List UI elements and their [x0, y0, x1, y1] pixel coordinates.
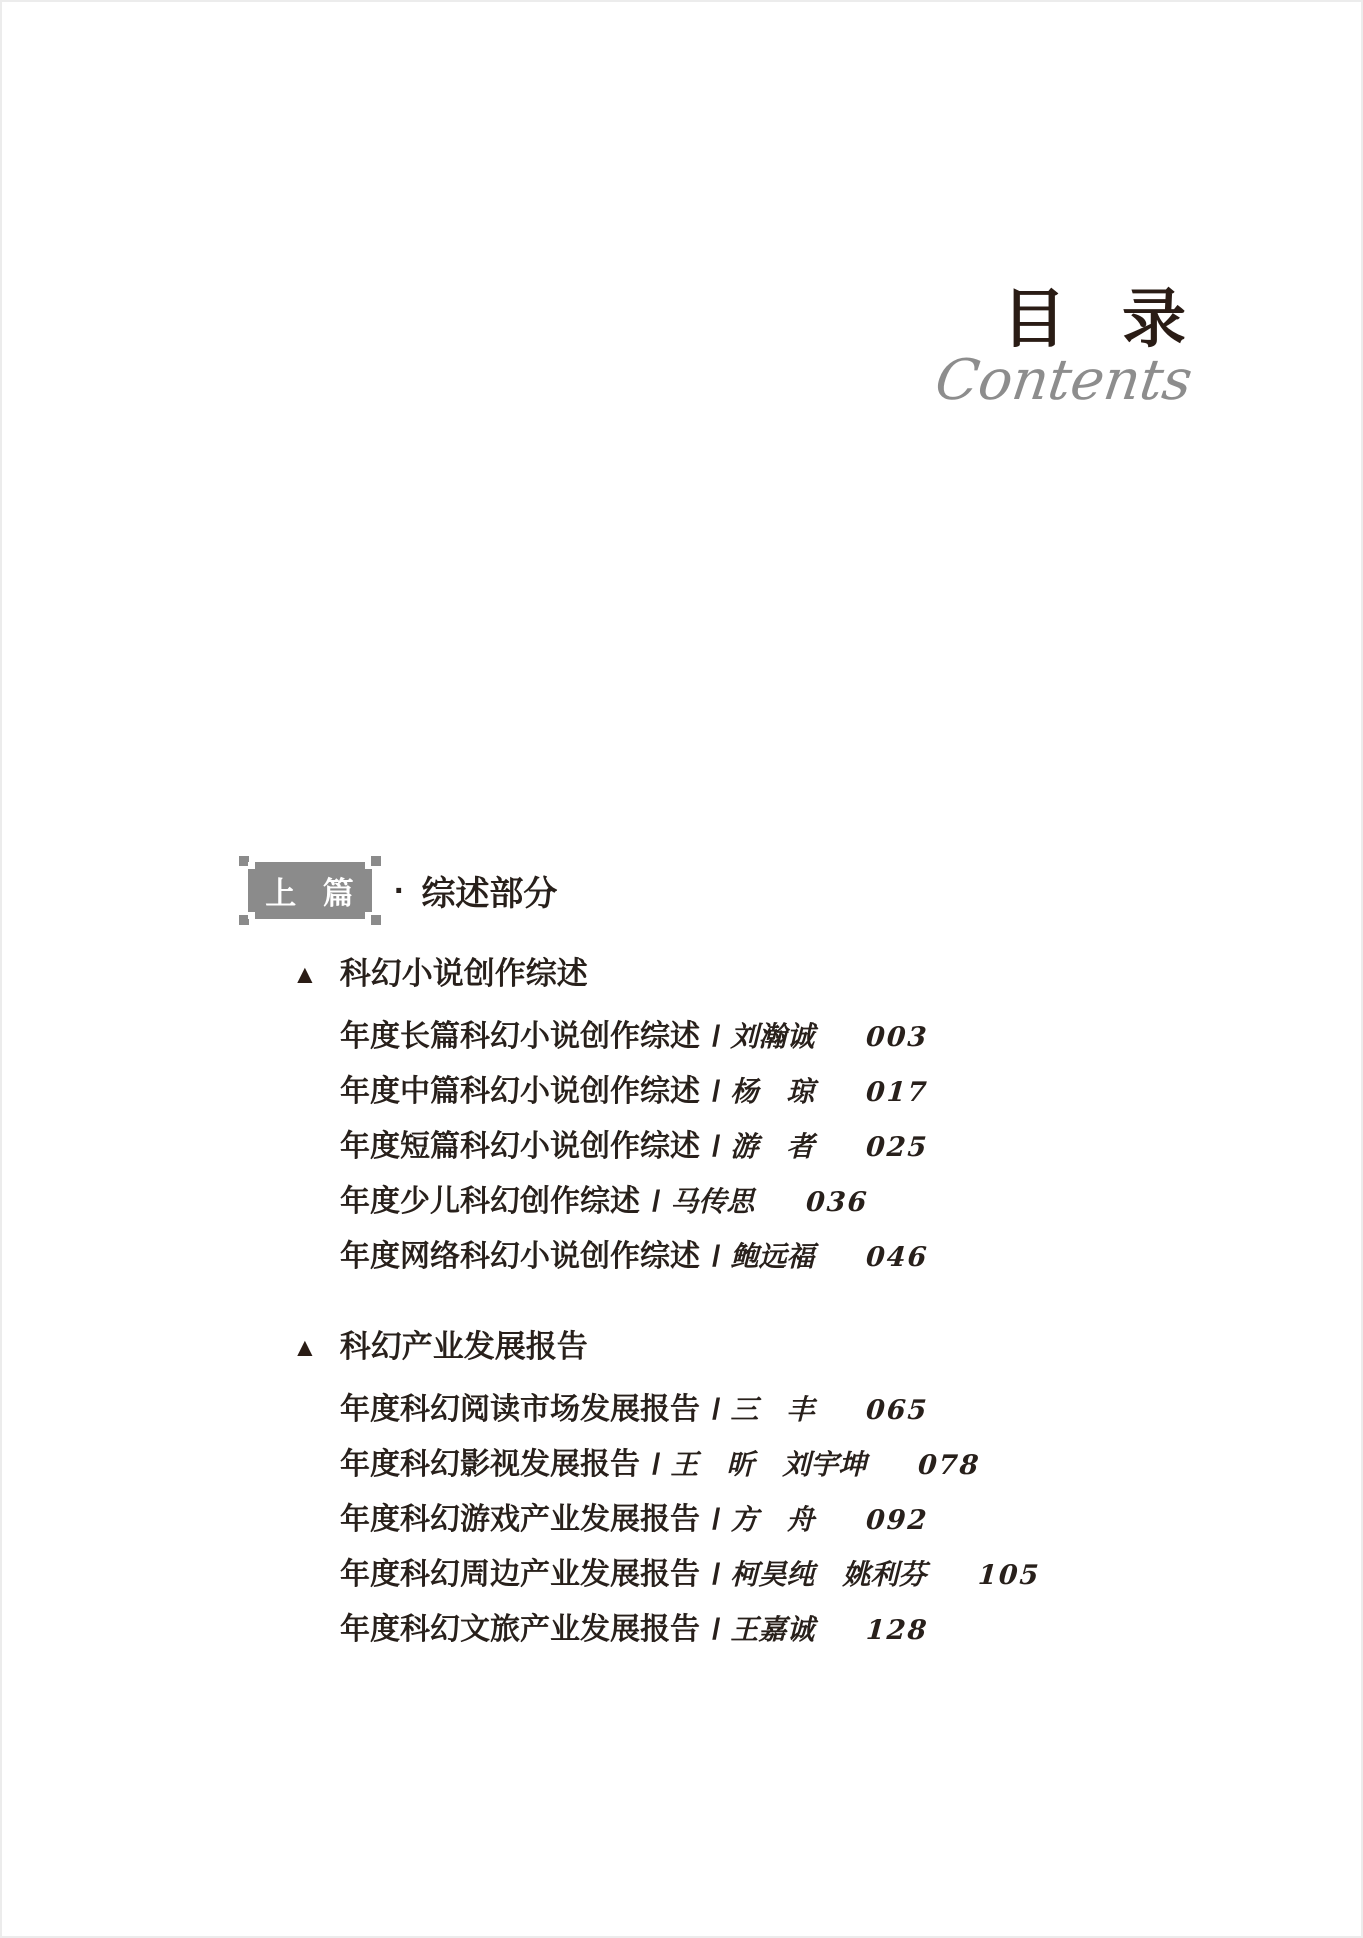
entry-title: 年度科幻阅读市场发展报告 [340, 1393, 700, 1426]
page-title: 目 录 [932, 286, 1188, 353]
slash-separator: / [712, 1020, 720, 1053]
section-heading: ▲ 科幻小说创作综述 [292, 956, 1152, 992]
badge-corner-notches [248, 862, 255, 869]
toc-entry: 年度长篇科幻小说创作综述/刘瀚诚003 [340, 1010, 1152, 1065]
entry-page-number: 065 [864, 1384, 930, 1438]
entry-page-number: 078 [916, 1439, 982, 1493]
part-header: 上 篇 · 综述部分 [248, 862, 557, 919]
toc-section-fiction-overview: ▲ 科幻小说创作综述 年度长篇科幻小说创作综述/刘瀚诚003 年度中篇科幻小说创… [292, 956, 1152, 1285]
slash-separator: / [712, 1240, 720, 1273]
slash-separator: / [652, 1185, 660, 1218]
part-title: · 综述部分 [394, 866, 557, 915]
toc-entry: 年度科幻周边产业发展报告/柯昊纯 姚利芬105 [340, 1548, 1152, 1603]
entry-authors: 杨 琼 [730, 1075, 814, 1108]
toc-entry: 年度短篇科幻小说创作综述/游 者025 [340, 1120, 1152, 1175]
entry-authors: 刘瀚诚 [730, 1020, 814, 1053]
dot-separator: · [394, 874, 405, 908]
entry-authors: 柯昊纯 姚利芬 [730, 1558, 926, 1591]
slash-separator: / [712, 1558, 720, 1591]
entry-page-number: 128 [864, 1604, 930, 1658]
toc-entry: 年度少儿科幻创作综述/马传思036 [340, 1175, 1152, 1230]
slash-separator: / [712, 1075, 720, 1108]
entry-authors: 鲍远福 [730, 1240, 814, 1273]
toc-entry: 年度科幻游戏产业发展报告/方 舟092 [340, 1493, 1152, 1548]
entry-page-number: 036 [804, 1176, 870, 1230]
page-title-block: 目 录 Contents [932, 286, 1188, 409]
slash-separator: / [712, 1613, 720, 1646]
section-heading-label: 科幻产业发展报告 [340, 1329, 588, 1365]
slash-separator: / [712, 1503, 720, 1536]
entry-page-number: 105 [976, 1549, 1042, 1603]
entry-title: 年度中篇科幻小说创作综述 [340, 1075, 700, 1108]
entry-title: 年度少儿科幻创作综述 [340, 1185, 640, 1218]
toc-entry: 年度中篇科幻小说创作综述/杨 琼017 [340, 1065, 1152, 1120]
triangle-marker-icon: ▲ [292, 961, 318, 987]
entry-title: 年度科幻周边产业发展报告 [340, 1558, 700, 1591]
entry-title: 年度科幻影视发展报告 [340, 1448, 640, 1481]
entry-authors: 王嘉诚 [730, 1613, 814, 1646]
slash-separator: / [652, 1448, 660, 1481]
section-heading: ▲ 科幻产业发展报告 [292, 1329, 1152, 1365]
toc-entry: 年度科幻文旅产业发展报告/王嘉诚128 [340, 1603, 1152, 1658]
part-title-label: 综述部分 [421, 866, 557, 915]
entry-authors: 三 丰 [730, 1393, 814, 1426]
entry-title: 年度科幻游戏产业发展报告 [340, 1503, 700, 1536]
section-heading-label: 科幻小说创作综述 [340, 956, 588, 992]
entry-title: 年度网络科幻小说创作综述 [340, 1240, 700, 1273]
toc-entry: 年度科幻影视发展报告/王 昕 刘宇坤078 [340, 1438, 1152, 1493]
part-badge: 上 篇 [248, 862, 372, 919]
entry-authors: 王 昕 刘宇坤 [670, 1448, 866, 1481]
part-badge-label: 上 篇 [265, 868, 355, 913]
entry-page-number: 017 [864, 1066, 930, 1120]
entry-title: 年度短篇科幻小说创作综述 [340, 1130, 700, 1163]
entry-page-number: 025 [864, 1121, 930, 1175]
toc-section-industry-report: ▲ 科幻产业发展报告 年度科幻阅读市场发展报告/三 丰065 年度科幻影视发展报… [292, 1329, 1152, 1658]
toc-entry: 年度网络科幻小说创作综述/鲍远福046 [340, 1230, 1152, 1285]
slash-separator: / [712, 1393, 720, 1426]
entry-page-number: 003 [864, 1011, 930, 1065]
entry-authors: 方 舟 [730, 1503, 814, 1536]
entry-page-number: 046 [864, 1231, 930, 1285]
toc-entry: 年度科幻阅读市场发展报告/三 丰065 [340, 1383, 1152, 1438]
page-title-english: Contents [932, 353, 1195, 409]
table-of-contents: ▲ 科幻小说创作综述 年度长篇科幻小说创作综述/刘瀚诚003 年度中篇科幻小说创… [292, 956, 1152, 1702]
entry-authors: 游 者 [730, 1130, 814, 1163]
entry-title: 年度长篇科幻小说创作综述 [340, 1020, 700, 1053]
slash-separator: / [712, 1130, 720, 1163]
entry-page-number: 092 [864, 1494, 930, 1548]
triangle-marker-icon: ▲ [292, 1334, 318, 1360]
entry-title: 年度科幻文旅产业发展报告 [340, 1613, 700, 1646]
entry-authors: 马传思 [670, 1185, 754, 1218]
